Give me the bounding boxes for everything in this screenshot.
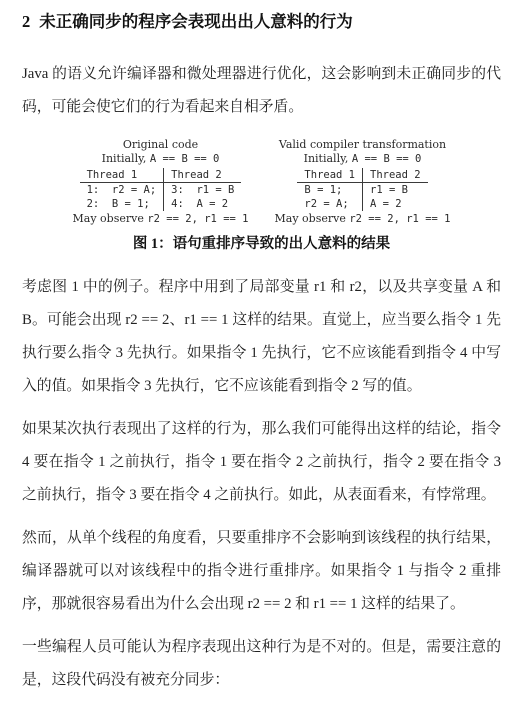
may-observe-line: May observe r2 == 2, r1 == 1 xyxy=(275,212,451,226)
initially-label: Initially, xyxy=(102,152,147,165)
initially-code: A == B == 0 xyxy=(352,153,422,165)
thread1-header: Thread 1 xyxy=(297,168,362,183)
initial-condition: Initially, A == B == 0 xyxy=(275,152,451,166)
thread-header-row: Thread 1 Thread 2 xyxy=(297,168,427,183)
paragraph-sync-note: 一些编程人员可能认为程序表现出这种行为是不对的。但是，需要注意的是，这段代码没有… xyxy=(22,631,501,697)
paragraph-intro: Java 的语义允许编译器和微处理器进行优化，这会影响到未正确同步的代码，可能会… xyxy=(22,58,501,124)
document-page: 2未正确同步的程序会表现出出人意料的行为 Java 的语义允许编译器和微处理器进… xyxy=(0,0,523,706)
initially-code: A == B == 0 xyxy=(150,153,220,165)
code-cell: A = 2 xyxy=(363,197,428,211)
section-title: 未正确同步的程序会表现出出人意料的行为 xyxy=(39,12,353,31)
code-row: 2: B = 1; 4: A = 2 xyxy=(80,197,242,211)
figure-table-original: Original code Initially, A == B == 0 Thr… xyxy=(73,138,249,226)
may-observe-code: r2 == 2, r1 == 1 xyxy=(147,213,248,225)
initial-condition: Initially, A == B == 0 xyxy=(73,152,249,166)
figure-caption: 图 1：语句重排序导致的出人意料的结果 xyxy=(22,235,501,254)
paragraph-reordering: 然而，从单个线程的角度看，只要重排序不会影响到该线程的执行结果，编译器就可以对该… xyxy=(22,522,501,621)
figure: Original code Initially, A == B == 0 Thr… xyxy=(22,138,501,226)
may-observe-code: r2 == 2, r1 == 1 xyxy=(349,213,450,225)
thread-table: Thread 1 Thread 2 1: r2 = A; 3: r1 = B 2… xyxy=(80,168,242,211)
code-row: B = 1; r1 = B xyxy=(297,183,427,198)
thread1-header: Thread 1 xyxy=(80,168,164,183)
code-cell: 3: r1 = B xyxy=(164,183,242,198)
code-cell: r1 = B xyxy=(363,183,428,198)
code-row: 1: r2 = A; 3: r1 = B xyxy=(80,183,242,198)
figure-table-transformed: Valid compiler transformation Initially,… xyxy=(275,138,451,226)
section-number: 2 xyxy=(22,12,30,31)
may-observe-label: May observe xyxy=(275,212,346,225)
may-observe-label: May observe xyxy=(73,212,144,225)
figure-table-title: Valid compiler transformation xyxy=(275,138,451,151)
figure-table-title: Original code xyxy=(73,138,249,151)
paragraph-conclusion: 如果某次执行表现出了这样的行为，那么我们可能得出这样的结论，指令 4 要在指令 … xyxy=(22,413,501,512)
paragraph-example: 考虑图 1 中的例子。程序中用到了局部变量 r1 和 r2，以及共享变量 A 和… xyxy=(22,271,501,403)
code-cell: B = 1; xyxy=(297,183,362,198)
thread2-header: Thread 2 xyxy=(164,168,242,183)
may-observe-line: May observe r2 == 2, r1 == 1 xyxy=(73,212,249,226)
thread2-header: Thread 2 xyxy=(363,168,428,183)
code-cell: 2: B = 1; xyxy=(80,197,164,211)
thread-header-row: Thread 1 Thread 2 xyxy=(80,168,242,183)
code-row: r2 = A; A = 2 xyxy=(297,197,427,211)
code-cell: r2 = A; xyxy=(297,197,362,211)
section-heading: 2未正确同步的程序会表现出出人意料的行为 xyxy=(22,12,501,32)
initially-label: Initially, xyxy=(304,152,349,165)
code-cell: 4: A = 2 xyxy=(164,197,242,211)
code-cell: 1: r2 = A; xyxy=(80,183,164,198)
thread-table: Thread 1 Thread 2 B = 1; r1 = B r2 = A; … xyxy=(297,168,427,211)
